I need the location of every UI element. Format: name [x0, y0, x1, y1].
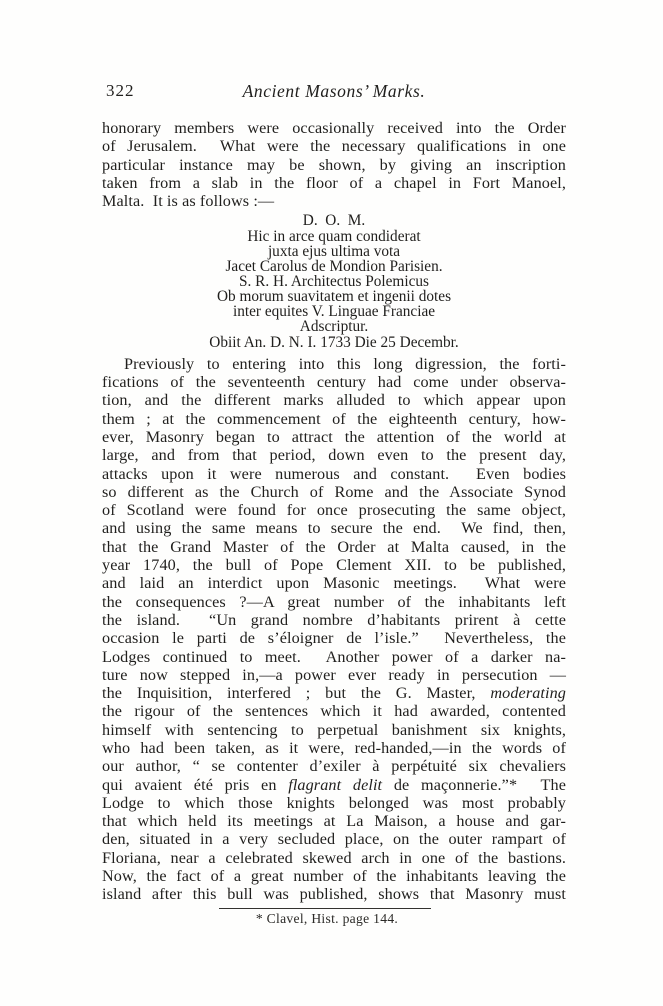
page-header: 322 Ancient Masons’ Marks.: [102, 81, 566, 103]
text-line: qui avaient été pris en flagrant delit d…: [102, 776, 566, 794]
book-page: 322 Ancient Masons’ Marks. honorary memb…: [0, 0, 663, 1006]
text-line: that which held its meetings at La Maiso…: [102, 812, 566, 830]
text-line: Malta. It is as follows :—: [102, 192, 566, 210]
text-line: and laid an interdict upon Masonic meeti…: [102, 574, 566, 592]
text-line: them ; at the commencement of the eighte…: [102, 410, 566, 428]
text-line: who had been taken, as it were, red-hand…: [102, 739, 566, 757]
text-line: taken from a slab in the floor of a chap…: [102, 174, 566, 192]
text-line: and using the same means to secure the e…: [102, 519, 566, 537]
text-line: of Scotland were found for once prosecut…: [102, 501, 566, 519]
running-title: Ancient Masons’ Marks.: [243, 81, 426, 101]
paragraph-main: Previously to entering into this long di…: [102, 355, 566, 904]
text-line: island after this bull was published, sh…: [102, 885, 566, 903]
text-line: D. O. M.: [102, 213, 566, 228]
text-line: that the Grand Master of the Order at Ma…: [102, 538, 566, 556]
text-line: ture now stepped in,—a power ever ready …: [102, 666, 566, 684]
text-line: of Jerusalem. What were the necessary qu…: [102, 137, 566, 155]
text-line: the consequences ?—A great number of the…: [102, 593, 566, 611]
text-line: the island. “Un grand nombre d’habitants…: [102, 611, 566, 629]
text-line: fications of the seventeenth century had…: [102, 373, 566, 391]
text-line: ever, Masonry began to attract the atten…: [102, 428, 566, 446]
text-line: tion, and the different marks alluded to…: [102, 391, 566, 409]
text-line: Previously to entering into this long di…: [102, 355, 566, 373]
text-line: Ob morum suavitatem et ingenii dotes: [102, 289, 566, 304]
text-line: honorary members were occasionally recei…: [102, 119, 566, 137]
text-line: Now, the fact of a great number of the i…: [102, 867, 566, 885]
text-line: Floriana, near a celebrated skewed arch …: [102, 849, 566, 867]
page-number: 322: [106, 81, 135, 101]
text-line: inter equites V. Linguae Franciae: [102, 304, 566, 319]
text-line: large, and from that period, down even t…: [102, 446, 566, 464]
text-line: occasion le parti de s’éloigner de l’isl…: [102, 629, 566, 647]
text-line: Obiit An. D. N. I. 1733 Die 25 Decembr.: [102, 335, 566, 350]
text-line: Hic in arce quam condiderat: [102, 229, 566, 244]
inscription-block: D. O. M.Hic in arce quam condideratjuxta…: [102, 213, 566, 349]
text-line: Adscriptur.: [102, 319, 566, 334]
footnote-rule: [219, 908, 431, 909]
text-line: the Inquisition, interfered ; but the G.…: [102, 684, 566, 702]
text-line: juxta ejus ultima vota: [102, 244, 566, 259]
text-line: the rigour of the sentences which it had…: [102, 702, 566, 720]
text-block: honorary members were occasionally recei…: [102, 119, 566, 927]
text-line: our author, “ se contenter d’exiler à pe…: [102, 757, 566, 775]
footnote-text: * Clavel, Hist. page 144.: [95, 911, 559, 927]
text-line: so different as the Church of Rome and t…: [102, 483, 566, 501]
paragraph-intro: honorary members were occasionally recei…: [102, 119, 566, 210]
text-line: attacks upon it were numerous and consta…: [102, 465, 566, 483]
text-line: particular instance may be shown, by giv…: [102, 156, 566, 174]
text-line: himself with sentencing to perpetual ban…: [102, 721, 566, 739]
text-line: year 1740, the bull of Pope Clement XII.…: [102, 556, 566, 574]
text-line: S. R. H. Architectus Polemicus: [102, 274, 566, 289]
text-line: Jacet Carolus de Mondion Parisien.: [102, 259, 566, 274]
text-line: Lodge to which those knights belonged wa…: [102, 794, 566, 812]
text-line: Lodges continued to meet. Another power …: [102, 648, 566, 666]
text-line: den, situated in a very secluded place, …: [102, 830, 566, 848]
footnote: * Clavel, Hist. page 144.: [102, 908, 566, 927]
